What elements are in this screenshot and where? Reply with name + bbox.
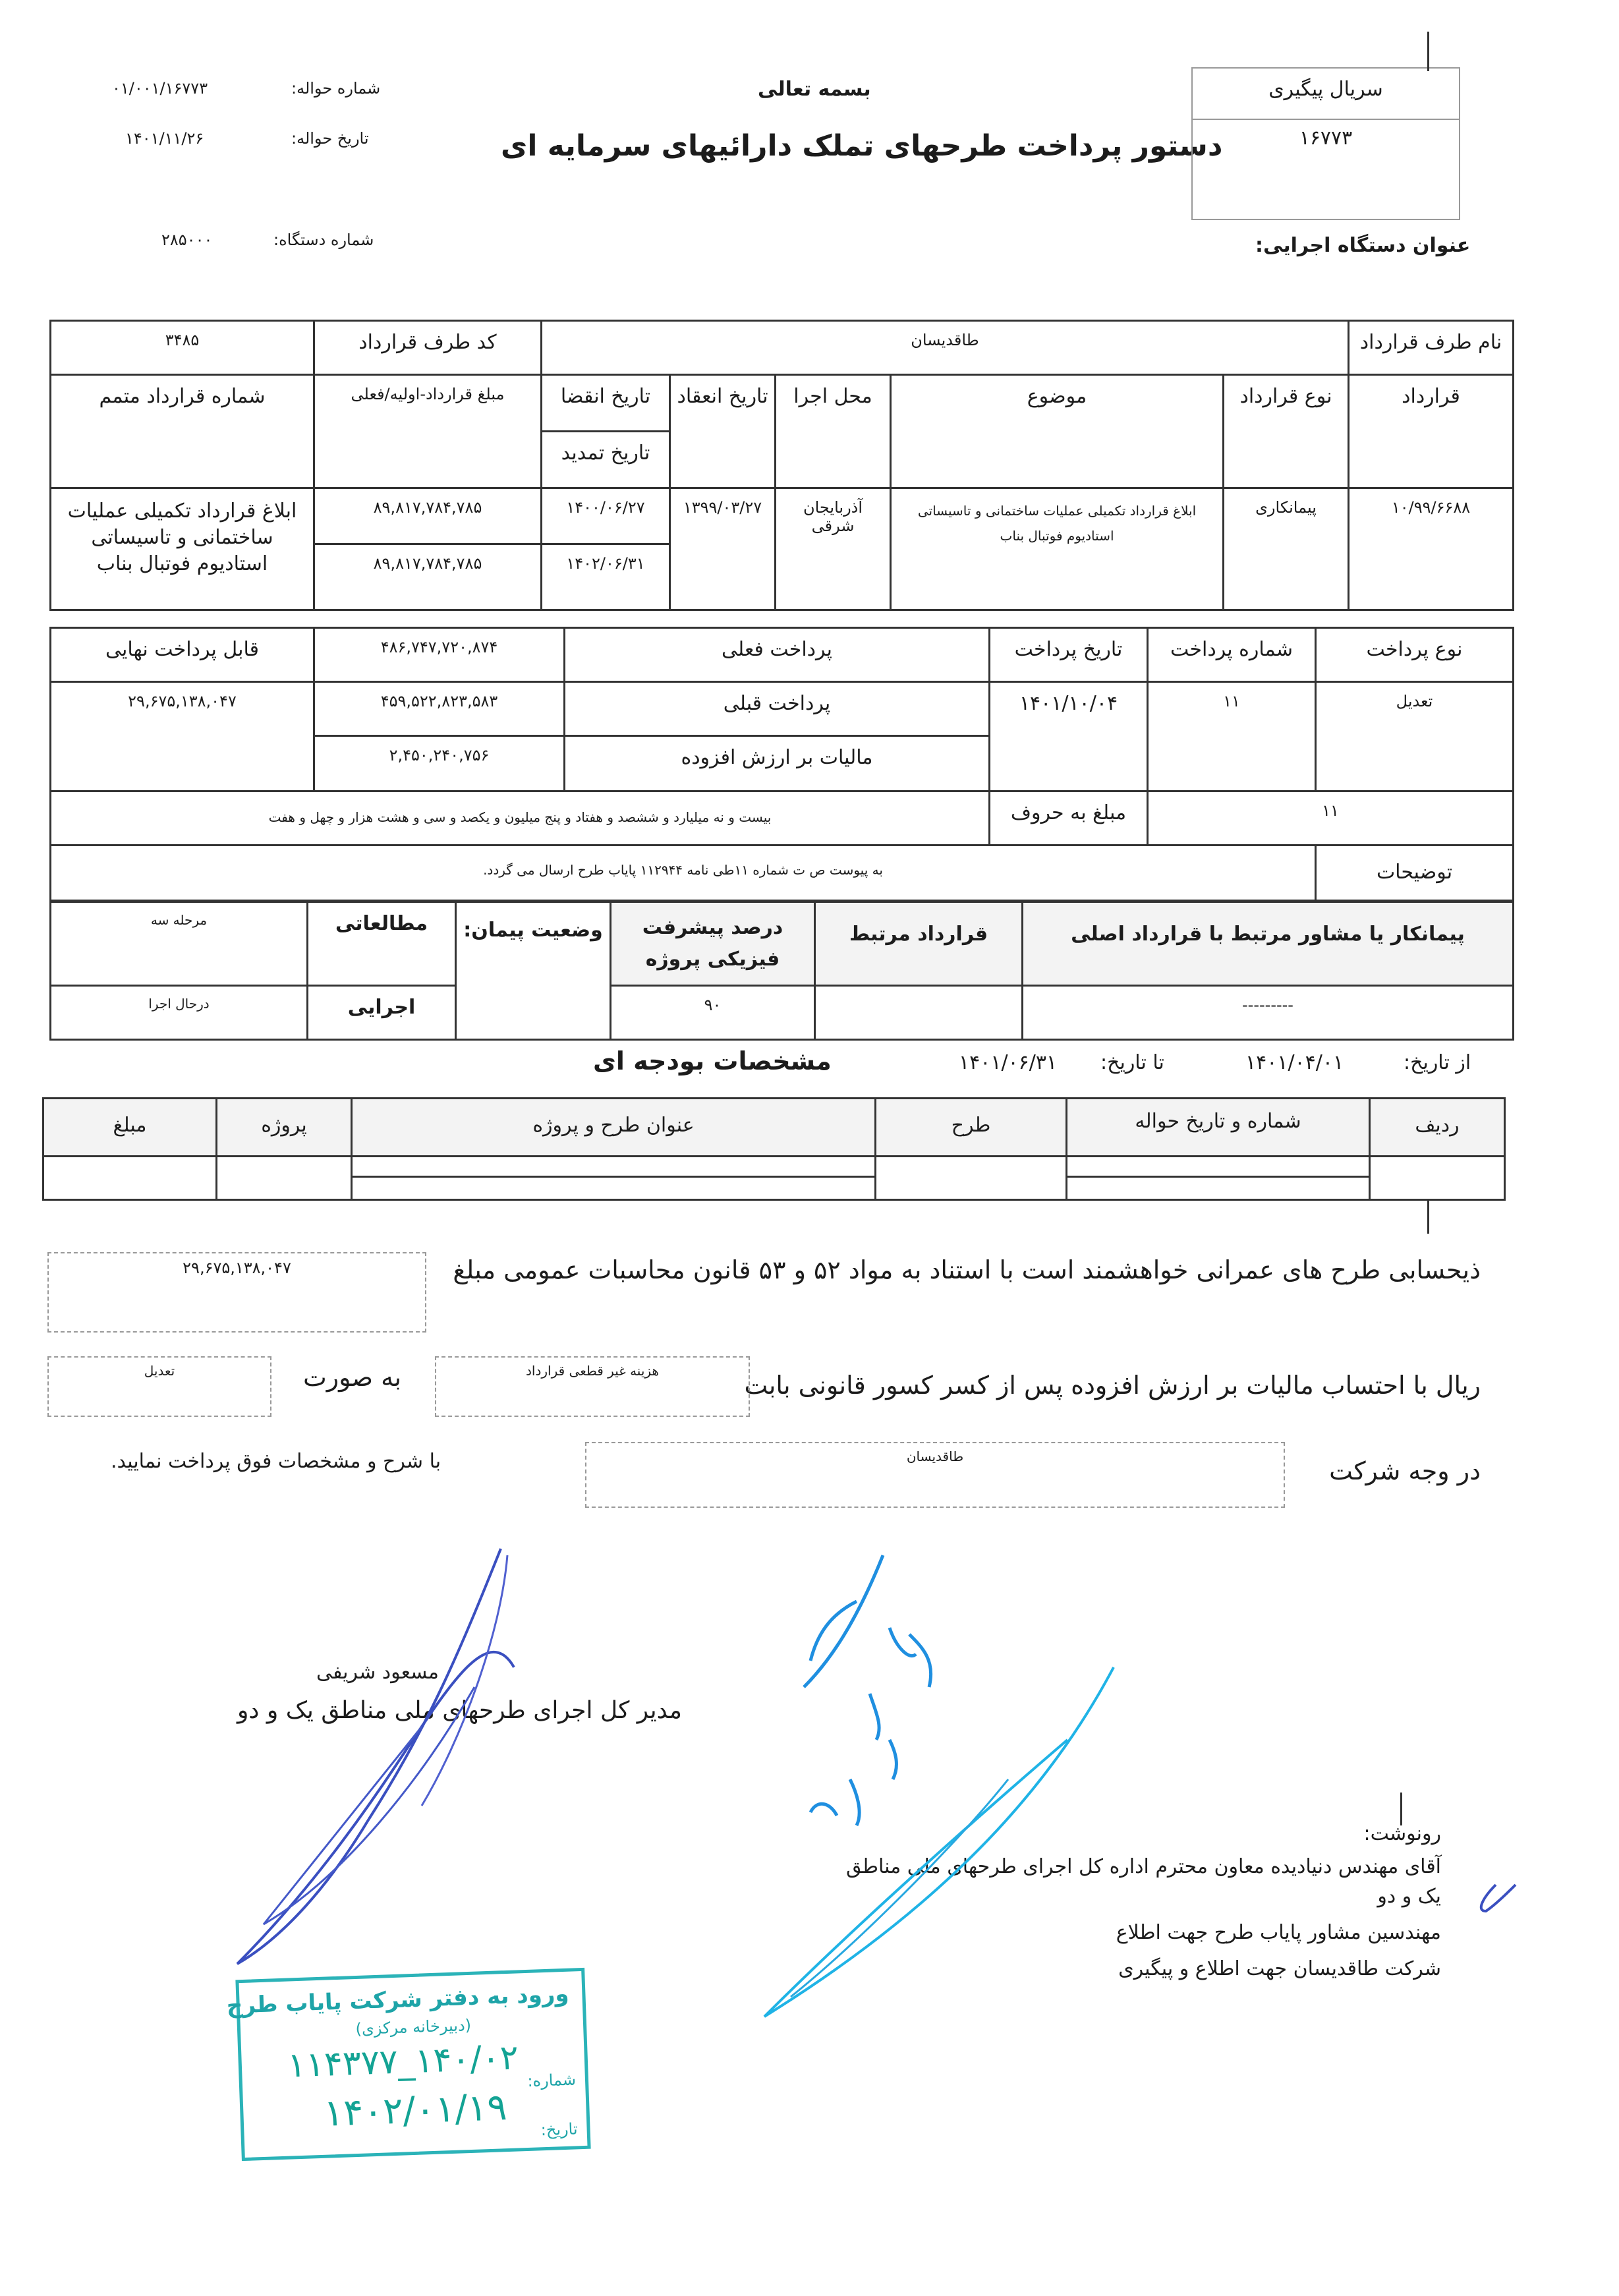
supplement-number-value: ابلاغ قرارداد تکمیلی عملیات ساختمانی و ت… [51, 488, 314, 610]
progress-header: درصد پیشرفت فیزیکی پروژه [611, 902, 815, 986]
punch-mark [1400, 1793, 1402, 1825]
contract-header: قرارداد [1349, 375, 1514, 488]
budget-to-label: تا تاریخ: [1100, 1051, 1164, 1074]
vat-value: ۲,۴۵۰,۲۴۰,۷۵۶ [314, 736, 565, 791]
amount-in-words-value: بیست و نه میلیارد و ششصد و هفتاد و پنج م… [51, 791, 990, 846]
expiry-date-value: ۱۴۰۰/۰۶/۲۷ [542, 488, 670, 544]
final-payable-header: قابل پرداخت نهایی [51, 628, 314, 682]
amount-in-words-header: مبلغ به حروف [990, 791, 1148, 846]
budget-col-amount: مبلغ [43, 1099, 217, 1157]
supplement-number-header: شماره قرارداد متمم [51, 375, 314, 488]
stamp-number-label: شماره: [527, 2070, 576, 2090]
remittance-date-value: ۱۴۰۱/۱۱/۲۶ [125, 129, 204, 148]
tracking-serial-box: سریال پیگیری ۱۶۷۷۳ [1191, 67, 1460, 220]
budget-col-project: پروژه [217, 1099, 352, 1157]
stamp-number-value: ۱۴۰/۰۲_۱۱۴۳۷۷ [287, 2038, 519, 2085]
party-name-value: طاقدیسان [542, 321, 1349, 375]
contract-number-value: ۱۰/۹۹/۶۶۸۸ [1349, 488, 1514, 610]
contract-amount-header: مبلغ قرارداد-اولیه/فعلی [314, 375, 542, 488]
extension-date-value: ۱۴۰۲/۰۶/۳۱ [542, 544, 670, 610]
received-stamp: ورود به دفتر شرکت پایاب طرح (دبیرخانه مر… [235, 1968, 590, 2161]
related-contract-value [815, 986, 1023, 1040]
party-code-label: کد طرف قرارداد [314, 321, 542, 375]
cc-item-1-cont: یک و دو [1377, 1885, 1441, 1908]
contract-type-value: پیمانکاری [1224, 488, 1349, 610]
expiry-date-header: تاریخ انقضا [542, 375, 670, 432]
remittance-number-label: شماره حواله: [291, 79, 380, 98]
budget-col-title: عنوان طرح و پروژه [352, 1099, 876, 1157]
contract-amount-current: ۸۹,۸۱۷,۷۸۴,۷۸۵ [314, 544, 542, 610]
stamp-line-1: ورود به دفتر شرکت پایاب طرح [226, 1981, 569, 2019]
study-header: مطالعاتی [308, 902, 456, 986]
status-table: پیمانکار یا مشاور مرتبط با قرارداد اصلی … [49, 901, 1514, 1041]
contract-amount-initial: ۸۹,۸۱۷,۷۸۴,۷۸۵ [314, 488, 542, 544]
payment-table: نوع پرداخت شماره پرداخت تاریخ پرداخت پرد… [49, 627, 1514, 902]
tracking-serial-label: سریال پیگیری [1193, 69, 1459, 120]
previous-payment-header: پرداخت قبلی [565, 682, 990, 736]
payment-date-header: تاریخ پرداخت [990, 628, 1148, 682]
remittance-number-value: ۰۱/۰۰۱/۱۶۷۷۳ [112, 79, 208, 98]
location-header: محل اجرا [776, 375, 891, 488]
tracking-serial-value: ۱۶۷۷۳ [1193, 120, 1459, 150]
budget-col-plan: طرح [876, 1099, 1067, 1157]
payment-number-value: ۱۱ [1148, 682, 1316, 791]
cc-label: رونوشت: [1363, 1822, 1441, 1845]
payment-date-value: ۱۴۰۱/۱۰/۰۴ [990, 682, 1148, 791]
related-contract-header: قرارداد مرتبط [815, 902, 1023, 986]
signatory-title: مدیر کل اجرای طرحهای ملی مناطق یک و دو [237, 1697, 682, 1724]
location-value: آذربایجان شرقی [776, 488, 891, 610]
page-title: دستور پرداخت طرحهای تملک دارائیهای سرمای… [501, 129, 1222, 163]
cc-item-1: آقای مهندس دنیادیده معاون محترم اداره کل… [846, 1855, 1441, 1878]
device-number-label: شماره دستگاه: [273, 231, 374, 249]
amount-words-number: ۱۱ [1148, 791, 1514, 846]
budget-to-value: ۱۴۰۱/۰۶/۳۱ [959, 1051, 1057, 1074]
contractor-value: --------- [1023, 986, 1514, 1040]
remittance-date-label: تاریخ حواله: [291, 129, 369, 148]
party-name-label: نام طرف قرارداد [1349, 321, 1514, 375]
punch-mark [1427, 1199, 1429, 1234]
bismillah: بسمه تعالی [758, 78, 871, 101]
party-code-value: ۳۴۸۵ [51, 321, 314, 375]
payment-type-header: نوع پرداخت [1316, 628, 1514, 682]
stamp-line-2: (دبیرخانه مرکزی) [355, 2016, 471, 2038]
punch-mark [1427, 32, 1429, 71]
notes-value: به پیوست ص ت شماره ۱۱طی نامه ۱۱۲۹۴۴ پایا… [51, 846, 1316, 901]
cc-item-2: مهندسین مشاور پایاب طرح جهت اطلاع [1116, 1921, 1441, 1944]
execution-value: درحال اجرا [51, 986, 308, 1040]
vat-header: مالیات بر ارزش افزوده [565, 736, 990, 791]
form-box: تعدیل [47, 1356, 271, 1417]
budget-from-value: ۱۴۰۱/۰۴/۰۱ [1245, 1051, 1344, 1074]
contract-status-header: وضعیت پیمان: [456, 902, 611, 1040]
device-number-value: ۲۸۵۰۰۰ [161, 231, 212, 249]
progress-value: ۹۰ [611, 986, 815, 1040]
study-value: مرحله سه [51, 902, 308, 986]
stamp-date-value: ۱۴۰۲/۰۱/۱۹ [323, 2086, 507, 2135]
as-form-label: به صورت [303, 1363, 401, 1392]
contract-table: نام طرف قرارداد طاقدیسان کد طرف قرارداد … [49, 320, 1514, 611]
contract-type-header: نوع قرارداد [1224, 375, 1349, 488]
company-box: طاقدیسان [585, 1442, 1285, 1508]
signing-date-header: تاریخ انعقاد [670, 375, 776, 488]
final-payable-value: ۲۹,۶۷۵,۱۳۸,۰۴۷ [51, 682, 314, 791]
body-line-2: ریال با احتساب مالیات بر ارزش افزوده پس … [745, 1371, 1481, 1400]
execution-header: اجرایی [308, 986, 456, 1040]
budget-col-remittance: شماره و تاریخ حواله [1067, 1099, 1370, 1157]
subject-value: ابلاغ قرارداد تکمیلی عملیات ساختمانی و ت… [891, 488, 1224, 610]
cc-item-3: شرکت طاقدیسان جهت اطلاع و پیگیری [1118, 1957, 1441, 1980]
signatory-name: مسعود شریفی [316, 1661, 439, 1684]
stamp-date-label: تاریخ: [540, 2119, 578, 2139]
amount-box: ۲۹,۶۷۵,۱۳۸,۰۴۷ [47, 1252, 426, 1333]
body-line-3-suffix: با شرح و مشخصات فوق پرداخت نمایید. [111, 1450, 441, 1473]
body-line-3-prefix: در وجه شرکت [1329, 1456, 1481, 1485]
current-payment-header: پرداخت فعلی [565, 628, 990, 682]
extension-date-header: تاریخ تمدید [542, 432, 670, 488]
payment-type-value: تعدیل [1316, 682, 1514, 791]
budget-col-row: ردیف [1370, 1099, 1505, 1157]
budget-from-label: از تاریخ: [1404, 1051, 1471, 1074]
reason-box: هزینه غیر قطعی قرارداد [435, 1356, 750, 1417]
subject-header: موضوع [891, 375, 1224, 488]
previous-payment-value: ۴۵۹,۵۲۲,۸۲۳,۵۸۳ [314, 682, 565, 736]
executive-agency-label: عنوان دستگاه اجرایی: [1255, 234, 1470, 257]
signing-date-value: ۱۳۹۹/۰۳/۲۷ [670, 488, 776, 610]
current-payment-value: ۴۸۶,۷۴۷,۷۲۰,۸۷۴ [314, 628, 565, 682]
budget-table-row [43, 1157, 1505, 1200]
notes-header: توضیحات [1316, 846, 1514, 901]
payment-number-header: شماره پرداخت [1148, 628, 1316, 682]
body-line-1: ذیحسابی طرح های عمرانی خواهشمند است با ا… [453, 1255, 1481, 1284]
contractor-header: پیمانکار یا مشاور مرتبط با قرارداد اصلی [1023, 902, 1514, 986]
budget-table: ردیف شماره و تاریخ حواله طرح عنوان طرح و… [42, 1097, 1506, 1201]
budget-title: مشخصات بودجه ای [593, 1047, 832, 1076]
